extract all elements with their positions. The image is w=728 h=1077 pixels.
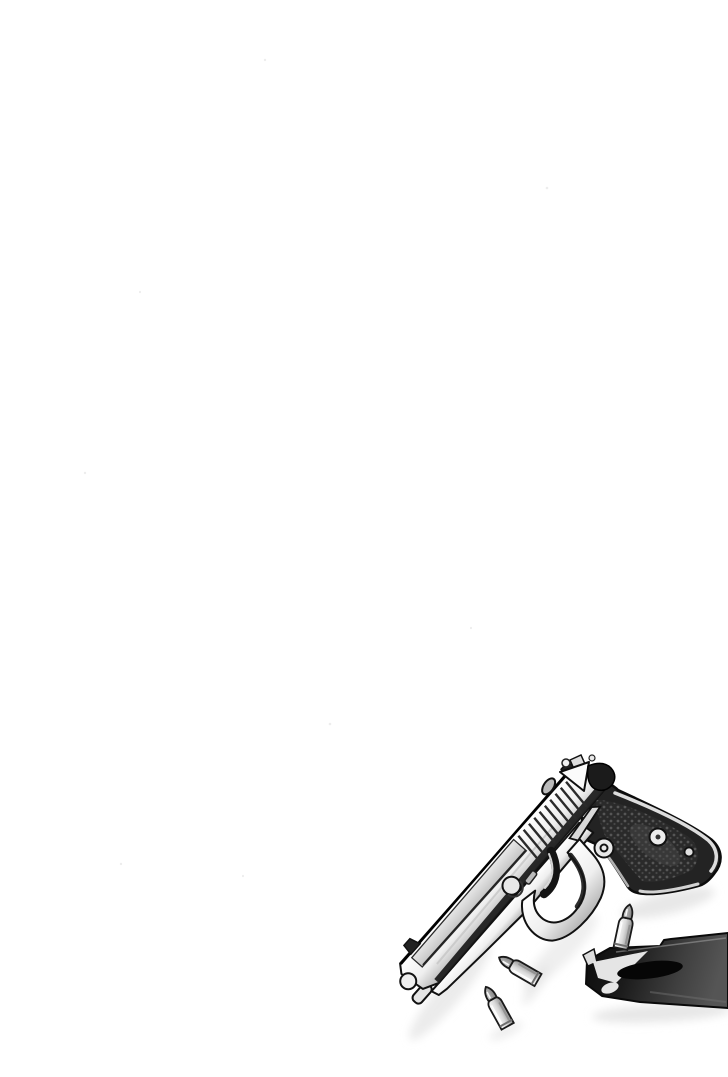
cartridge-3 <box>480 983 514 1029</box>
magazine <box>583 933 728 1008</box>
hammer-pin-glint-small <box>589 755 595 761</box>
paper-specks <box>84 59 549 877</box>
grip-screw-center-dot <box>656 835 661 840</box>
grip-screw-lower <box>685 848 694 857</box>
hammer <box>588 763 615 790</box>
manga-page: Pistol still life <box>0 0 728 1077</box>
pistol-still-life-illustration: Pistol still life <box>0 0 728 1077</box>
hammer-pin-glint <box>562 759 570 767</box>
trigger-pivot-screw <box>595 839 614 858</box>
